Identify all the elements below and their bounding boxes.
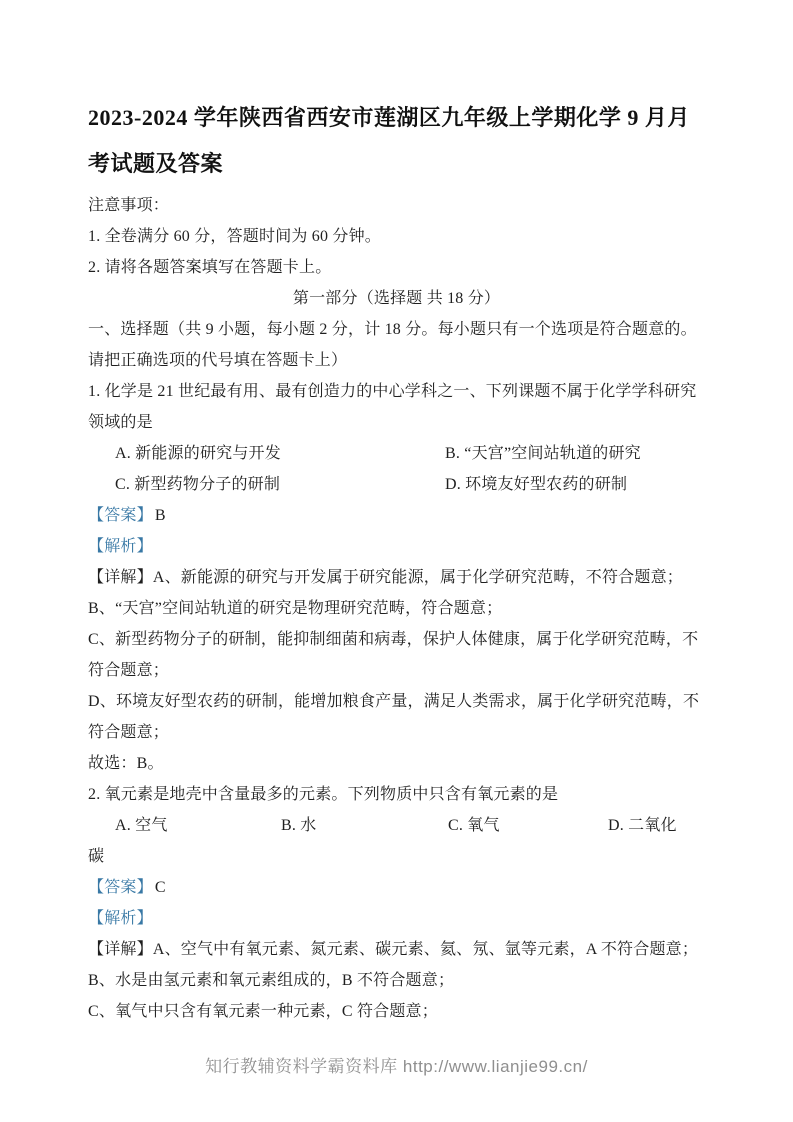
question-2-option-c: C. 氧气 <box>448 810 608 841</box>
question-2-options: A. 空气B. 水C. 氧气D. 二氧化 <box>88 810 705 841</box>
question-1-option-b: B. “天宫”空间站轨道的研究 <box>445 438 705 469</box>
question-2-answer-line: 【答案】C <box>88 872 705 903</box>
question-1-conclusion: 故选：B。 <box>88 748 705 779</box>
question-1-answer-line: 【答案】B <box>88 500 705 531</box>
question-1-stem: 1. 化学是 21 世纪最有用、最有创造力的中心学科之一、下列课题不属于化学学科… <box>88 376 705 438</box>
question-2-option-d-part1: D. 二氧化 <box>608 817 677 834</box>
question-2-detail-1: 【详解】A、空气中有氧元素、氮元素、碳元素、氦、氖、氩等元素，A 不符合题意； <box>88 934 705 965</box>
analysis-label: 【解析】 <box>88 538 153 555</box>
question-1-answer-value: B <box>153 507 166 524</box>
question-1-option-c: C. 新型药物分子的研制 <box>115 469 445 500</box>
question-1-detail-4: D、环境友好型农药的研制，能增加粮食产量，满足人类需求，属于化学研究范畴，不符合… <box>88 686 705 748</box>
exam-title: 2023-2024 学年陕西省西安市莲湖区九年级上学期化学 9 月月考试题及答案 <box>88 95 705 187</box>
answer-label: 【答案】 <box>88 507 153 524</box>
section-header: 第一部分（选择题 共 18 分） <box>88 283 705 314</box>
document-body: 2023-2024 学年陕西省西安市莲湖区九年级上学期化学 9 月月考试题及答案… <box>88 0 705 1027</box>
notice-item-2: 2. 请将各题答案填写在答题卡上。 <box>88 252 705 283</box>
analysis-label: 【解析】 <box>88 910 153 927</box>
question-2-option-b: B. 水 <box>281 810 448 841</box>
question-2-answer-value: C <box>153 879 166 896</box>
question-1-option-d: D. 环境友好型农药的研制 <box>445 469 705 500</box>
question-2-detail-2: B、水是由氢元素和氧元素组成的，B 不符合题意； <box>88 965 705 996</box>
detail-text: A、空气中有氧元素、氮元素、碳元素、氦、氖、氩等元素，A 不符合题意； <box>153 941 698 958</box>
question-2-option-a: A. 空气 <box>115 810 281 841</box>
document-page: 2023-2024 学年陕西省西安市莲湖区九年级上学期化学 9 月月考试题及答案… <box>0 0 793 1122</box>
section-intro: 一、选择题（共 9 小题，每小题 2 分，计 18 分。每小题只有一个选项是符合… <box>88 314 705 376</box>
question-1-options: A. 新能源的研究与开发 B. “天宫”空间站轨道的研究 C. 新型药物分子的研… <box>88 438 705 500</box>
question-1-analysis-line: 【解析】 <box>88 531 705 562</box>
question-1-detail-1: 【详解】A、新能源的研究与开发属于研究能源，属于化学研究范畴，不符合题意； <box>88 562 705 593</box>
answer-label: 【答案】 <box>88 879 153 896</box>
question-2-stem: 2. 氧元素是地壳中含量最多的元素。下列物质中只含有氧元素的是 <box>88 779 705 810</box>
footer-watermark: 知行教辅资料学霸资料库 http://www.lianjie99.cn/ <box>0 1052 793 1077</box>
detail-label: 【详解】 <box>88 569 153 586</box>
detail-label: 【详解】 <box>88 941 153 958</box>
notice-header: 注意事项： <box>88 190 705 221</box>
question-2-analysis-line: 【解析】 <box>88 903 705 934</box>
notice-item-1: 1. 全卷满分 60 分，答题时间为 60 分钟。 <box>88 221 705 252</box>
question-2-detail-3: C、氧气中只含有氧元素一种元素，C 符合题意； <box>88 996 705 1027</box>
question-1-detail-3: C、新型药物分子的研制，能抑制细菌和病毒，保护人体健康，属于化学研究范畴，不符合… <box>88 624 705 686</box>
detail-text: A、新能源的研究与开发属于研究能源，属于化学研究范畴，不符合题意； <box>153 569 683 586</box>
question-1-option-a: A. 新能源的研究与开发 <box>115 438 445 469</box>
question-1-detail-2: B、“天宫”空间站轨道的研究是物理研究范畴，符合题意； <box>88 593 705 624</box>
question-2-option-d-part2: 碳 <box>88 841 705 872</box>
